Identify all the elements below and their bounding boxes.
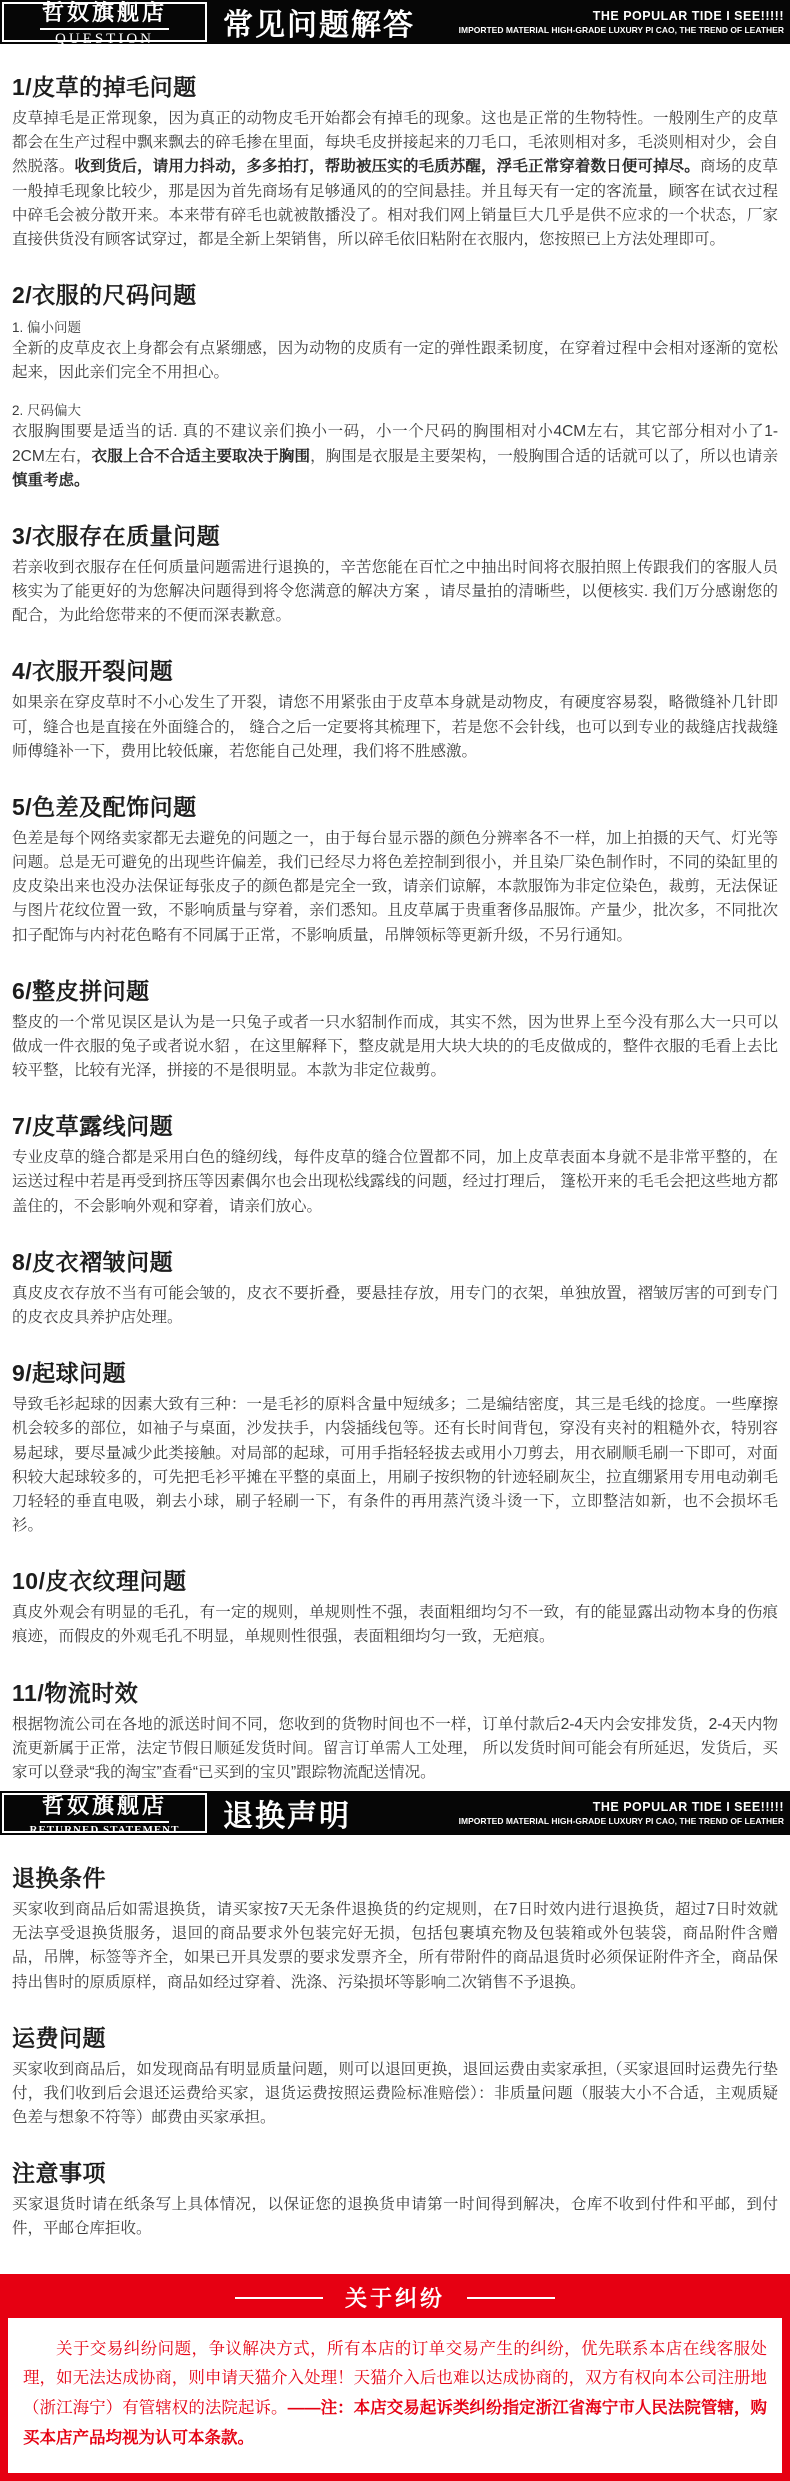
section-title: 运费问题 bbox=[12, 2020, 778, 2053]
header-slogan: THE POPULAR TIDE I SEE!!!!! IMPORTED MAT… bbox=[459, 9, 790, 35]
page: 哲奴旗舰店 QUESTION 常见问题解答 THE POPULAR TIDE I… bbox=[0, 0, 790, 2481]
shop-logo-subtitle: RETURNED STATEMENT bbox=[30, 1824, 180, 1836]
body-text: ，胸围是衣服是主要架构，一般胸围合适的话就可以了，所以也请亲 bbox=[310, 448, 778, 465]
section-body: 专业皮草的缝合都是采用白色的缝纫线，每件皮草的缝合位置都不同，加上皮草表面本身就… bbox=[12, 1146, 778, 1219]
faq-section-9: 9/起球问题 导致毛衫起球的因素大致有三种：一是毛衫的原料含量中短绒多；二是编结… bbox=[12, 1355, 778, 1538]
shop-logo-subtitle: QUESTION bbox=[55, 31, 154, 48]
divider-line-right bbox=[467, 2297, 555, 2299]
dispute-banner: 关于纠纷 关于交易纠纷问题，争议解决方式，所有本店的订单交易产生的纠纷，优先联系… bbox=[0, 2274, 790, 2481]
section-title: 9/起球问题 bbox=[12, 1355, 778, 1388]
section-body: 整皮的一个常见误区是认为是一只兔子或者一只水貂制作而成，其实不然，因为世界上至今… bbox=[12, 1011, 778, 1084]
section-body: 买家收到商品后如需退换货，请买家按7天无条件退换货的约定规则，在7日时效内进行退… bbox=[12, 1898, 778, 1995]
shop-name: 哲奴旗舰店 bbox=[40, 1789, 169, 1823]
dispute-title: 关于纠纷 bbox=[345, 2282, 445, 2313]
section-title: 退换条件 bbox=[12, 1860, 778, 1893]
faq-section-7: 7/皮草露线问题 专业皮草的缝合都是采用白色的缝纫线，每件皮草的缝合位置都不同，… bbox=[12, 1108, 778, 1219]
returns-shipping-section: 运费问题 买家收到商品后，如发现商品有明显质量问题，则可以退回更换，退回运费由卖… bbox=[12, 2020, 778, 2131]
section-title: 10/皮衣纹理问题 bbox=[12, 1563, 778, 1596]
faq-section-6: 6/整皮拼问题 整皮的一个常见误区是认为是一只兔子或者一只水貂制作而成，其实不然… bbox=[12, 973, 778, 1084]
returns-conditions-section: 退换条件 买家收到商品后如需退换货，请买家按7天无条件退换货的约定规则，在7日时… bbox=[12, 1860, 778, 1995]
body-text-bold: 衣服上合不合适主要取决于胸围 bbox=[92, 448, 310, 465]
faq-section-2: 2/衣服的尺码问题 1. 偏小问题 全新的皮草皮衣上身都会有点紧绷感，因为动物的… bbox=[12, 277, 778, 493]
shop-logo: 哲奴旗舰店 QUESTION bbox=[2, 2, 207, 42]
faq-section-8: 8/皮衣褶皱问题 真皮皮衣存放不当有可能会皱的，皮衣不要折叠，要悬挂存放，用专门… bbox=[12, 1244, 778, 1330]
section-body: 全新的皮草皮衣上身都会有点紧绷感，因为动物的皮质有一定的弹性跟柔韧度，在穿着过程… bbox=[12, 337, 778, 385]
dispute-header: 关于纠纷 bbox=[8, 2278, 782, 2318]
body-text-bold: 收到货后，请用力抖动，多多拍打，帮助被压实的毛质苏醒，浮毛正常穿着数日便可掉尽。 bbox=[75, 158, 700, 175]
subsection-title: 2. 尺码偏大 bbox=[12, 399, 778, 419]
section-title: 8/皮衣褶皱问题 bbox=[12, 1244, 778, 1277]
slogan-line2: IMPORTED MATERIAL HIGH-GRADE LUXURY PI C… bbox=[459, 1816, 784, 1827]
section-body: 若亲收到衣服存在任何质量问题需进行退换的，辛苦您能在百忙之中抽出时间将衣服拍照上… bbox=[12, 556, 778, 629]
section-title: 6/整皮拼问题 bbox=[12, 973, 778, 1006]
shop-logo: 哲奴旗舰店 RETURNED STATEMENT bbox=[2, 1793, 207, 1833]
section-body: 根据物流公司在各地的派送时间不同，您收到的货物时间也不一样，订单付款后2-4天内… bbox=[12, 1713, 778, 1786]
faq-section-1: 1/皮草的掉毛问题 皮草掉毛是正常现象，因为真正的动物皮毛开始都会有掉毛的现象。… bbox=[12, 69, 778, 252]
faq-title: 常见问题解答 bbox=[223, 0, 415, 44]
section-body: 真皮外观会有明显的毛孔，有一定的规则，单规则性不强，表面粗细均匀不一致，有的能显… bbox=[12, 1601, 778, 1649]
slogan-line1: THE POPULAR TIDE I SEE!!!!! bbox=[459, 9, 784, 25]
faq-content: 1/皮草的掉毛问题 皮草掉毛是正常现象，因为真正的动物皮毛开始都会有掉毛的现象。… bbox=[0, 69, 790, 1791]
section-title: 3/衣服存在质量问题 bbox=[12, 518, 778, 551]
returns-notes-section: 注意事项 买家退货时请在纸条写上具体情况，以保证您的退换货申请第一时间得到解决，… bbox=[12, 2155, 778, 2241]
section-body: 衣服胸围要是适当的话. 真的不建议亲们换小一码，小一个尺码的胸围相对小4CM左右… bbox=[12, 420, 778, 493]
slogan-line1: THE POPULAR TIDE I SEE!!!!! bbox=[459, 1800, 784, 1816]
section-body: 导致毛衫起球的因素大致有三种：一是毛衫的原料含量中短绒多；二是编结密度，其三是毛… bbox=[12, 1393, 778, 1538]
faq-section-5: 5/色差及配饰问题 色差是每个网络卖家都无去避免的问题之一，由于每台显示器的颜色… bbox=[12, 789, 778, 948]
returns-content: 退换条件 买家收到商品后如需退换货，请买家按7天无条件退换货的约定规则，在7日时… bbox=[0, 1860, 790, 2248]
faq-section-10: 10/皮衣纹理问题 真皮外观会有明显的毛孔，有一定的规则，单规则性不强，表面粗细… bbox=[12, 1563, 778, 1649]
divider-line-left bbox=[235, 2297, 323, 2299]
section-body: 买家收到商品后，如发现商品有明显质量问题，则可以退回更换，退回运费由卖家承担,（… bbox=[12, 2058, 778, 2131]
section-title: 11/物流时效 bbox=[12, 1675, 778, 1708]
section-title: 5/色差及配饰问题 bbox=[12, 789, 778, 822]
section-title: 1/皮草的掉毛问题 bbox=[12, 69, 778, 102]
dispute-text-box: 关于交易纠纷问题，争议解决方式，所有本店的订单交易产生的纠纷，优先联系本店在线客… bbox=[8, 2318, 782, 2474]
faq-section-11: 11/物流时效 根据物流公司在各地的派送时间不同，您收到的货物时间也不一样，订单… bbox=[12, 1675, 778, 1786]
returns-title: 退换声明 bbox=[223, 1791, 351, 1835]
faq-header: 哲奴旗舰店 QUESTION 常见问题解答 THE POPULAR TIDE I… bbox=[0, 0, 790, 44]
section-title: 2/衣服的尺码问题 bbox=[12, 277, 778, 310]
subsection-title: 1. 偏小问题 bbox=[12, 316, 778, 336]
section-title: 4/衣服开裂问题 bbox=[12, 653, 778, 686]
section-body: 色差是每个网络卖家都无去避免的问题之一，由于每台显示器的颜色分辨率各不一样，加上… bbox=[12, 827, 778, 948]
shop-name: 哲奴旗舰店 bbox=[40, 0, 169, 30]
body-text-bold: 慎重考虑。 bbox=[12, 472, 90, 489]
section-body: 皮草掉毛是正常现象，因为真正的动物皮毛开始都会有掉毛的现象。这也是正常的生物特性… bbox=[12, 107, 778, 252]
dispute-body: 关于交易纠纷问题，争议解决方式，所有本店的订单交易产生的纠纷，优先联系本店在线客… bbox=[23, 2335, 767, 2454]
section-body: 如果亲在穿皮草时不小心发生了开裂，请您不用紧张由于皮草本身就是动物皮，有硬度容易… bbox=[12, 691, 778, 764]
section-title: 7/皮草露线问题 bbox=[12, 1108, 778, 1141]
returns-header: 哲奴旗舰店 RETURNED STATEMENT 退换声明 THE POPULA… bbox=[0, 1791, 790, 1835]
section-body: 真皮皮衣存放不当有可能会皱的，皮衣不要折叠，要悬挂存放，用专门的衣架，单独放置，… bbox=[12, 1282, 778, 1330]
slogan-line2: IMPORTED MATERIAL HIGH-GRADE LUXURY PI C… bbox=[459, 25, 784, 36]
section-title: 注意事项 bbox=[12, 2155, 778, 2188]
section-body: 买家退货时请在纸条写上具体情况，以保证您的退换货申请第一时间得到解决，仓库不收到… bbox=[12, 2193, 778, 2241]
faq-section-4: 4/衣服开裂问题 如果亲在穿皮草时不小心发生了开裂，请您不用紧张由于皮草本身就是… bbox=[12, 653, 778, 764]
faq-section-3: 3/衣服存在质量问题 若亲收到衣服存在任何质量问题需进行退换的，辛苦您能在百忙之… bbox=[12, 518, 778, 629]
header-slogan: THE POPULAR TIDE I SEE!!!!! IMPORTED MAT… bbox=[459, 1800, 790, 1826]
